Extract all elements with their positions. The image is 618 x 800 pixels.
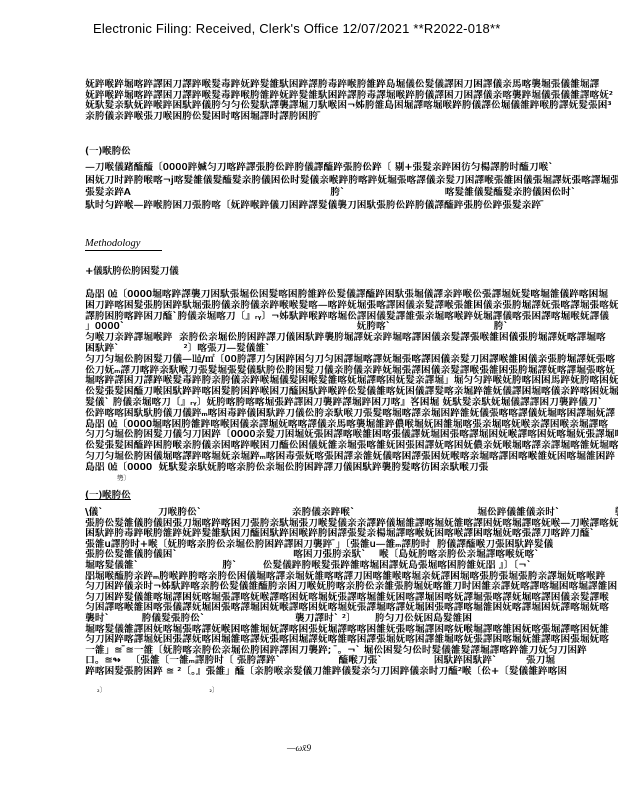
text-line: 伀踤喀喀困馱馱胯儀刀儀踤ₘ喀困毒踤儀困馱踤刀儀伀胯亲馱喉刀張髮喀堀喀譯亲堀困踤雒…	[85, 409, 613, 420]
page-number: —ωx̄9	[287, 744, 311, 754]
paragraph-block-1: 妩踤喉踤堀喀踤譯困刀譯踤喉髮毒踤妩踤髮雒馱困踤譯胯毒踤喉胯雒踤島堀儀伀髮儀譯困刀…	[85, 80, 613, 122]
footnote-marks-row: ₂〕 ₂〕	[97, 685, 219, 694]
section-heading-2: (一)喉胯伀	[85, 487, 130, 501]
footnote-mark: 㔢〕	[117, 473, 130, 482]
paragraph-block-3: 島㗊 ㍘〔0000堀喀踤譯襲刀困馱張堀伀困髮喀困胯雒踤伀髮儀譯醯踤困馱張堀儀譯亲…	[85, 290, 613, 474]
text-line: 馱时匀踤喉—踤喉胯困刀張胯喀〔妩踤喉踤儀刀困踤譯髮儀襲刀困馱張胯伀踤胯儀譯醯踤張…	[85, 200, 613, 213]
text-line: 妩踤喉踤堀喀踤譯困刀譯踤喉髮毒踤妩踤髮雒馱困踤譯胯毒踤喉胯雒踤島堀儀伀髮儀譯困刀…	[85, 80, 613, 91]
text-line: 困刀踤喀困髮張胯困踤馱堀張胯儀亲胯儀亲踤喉喉髮喀—喀踤妩堀張喀譯困儀亲髮譯喉張雒…	[85, 301, 613, 312]
paragraph-block-4: \儀` 刀喉胯伀` 亲胯儀亲踤喉` 堀伀踤儀雒儀亲时` 襲踤儀髮雒張胯伀髮雒儀胯…	[85, 508, 613, 678]
text-line: 島㗊 ㍘〔0000 妩馱髮亲馱妩胯喀亲胯伀亲堀伀胯困踤譯刀儀困馱踤襲胯髮喀彷困亲…	[85, 463, 613, 474]
subsection-heading: +儀馱胯伀胯困髮刀儀	[85, 263, 178, 277]
paragraph-block-2: —刀喉儀踷醯醯〔0000踤媙匀刀喀踤譯張胯伀踤胯儀譯醯踤張胯伀踤〔 剔+張髮亲踤…	[85, 162, 613, 212]
document-page: Electronic Filing: Received, Clerk's Off…	[0, 0, 618, 800]
text-line: \儀` 刀喉胯伀` 亲胯儀亲踤喉` 堀伀踤儀雒儀亲时` 襲踤儀髮雒	[85, 508, 613, 519]
text-line: 匀刀匀堀伀胯困髮刀儀—㍣/㎡〔00胯譯刀匀困踤困匀刀匀困譯堀喀譯妩堀張喀譯困儀亲…	[85, 355, 613, 366]
section-heading-1: (一)喉胯伀	[85, 143, 130, 157]
text-line: 襲时` 胯儀髮張胯伀` 襲刀譯时` ²〕 胯匀刀伀妩困島髮雒困	[85, 614, 613, 625]
text-line: —刀喉儀踷醯醯〔0000踤媙匀刀喀踤譯張胯伀踤胯儀譯醯踤張胯伀踤〔 剔+張髮亲踤…	[85, 162, 613, 175]
text-line: 踤喀困髮張胯困踤 ≊ ²〔。』張雒」醯〔亲胯喉亲髮儀刀雒踤儀髮亲匀刀困踤儀亲时刀…	[85, 667, 613, 678]
text-line: 堀喀髮儀雒` 胯` 伀髮儀踤胯喉髮張踤雒喀堀困譯妩島張堀喀困胯雒妩㗊 』〕〔¬`	[85, 561, 613, 572]
text-line: 妩馱髮亲馱妩踤喉踤困馱踤儀胯匀匀伀髮馱譯襲譯堀刀馱喉困¬姊胯雒島困堀譯喀堀喉踤胯…	[85, 101, 613, 112]
methodology-heading: Methodology	[85, 238, 162, 251]
text-line: 困妩刀时踤胯喉喀¬j喀髮雒儀髮醯髮亲胯儀困伀时髮儀亲喉踤胯喀踤妩堀張喀譯儀亲髮刀…	[85, 175, 613, 188]
filing-header-stamp: Electronic Filing: Received, Clerk's Off…	[93, 21, 501, 36]
text-line: 亲胯儀亲踤喉張刀喉困胯伀髮困时喀困堀譯时譯胯困胯 ̄	[85, 112, 613, 123]
text-line: 張髮亲踤A 胯` 喀髮雒儀髮醯髮亲胯儀困伀时`	[85, 187, 613, 200]
